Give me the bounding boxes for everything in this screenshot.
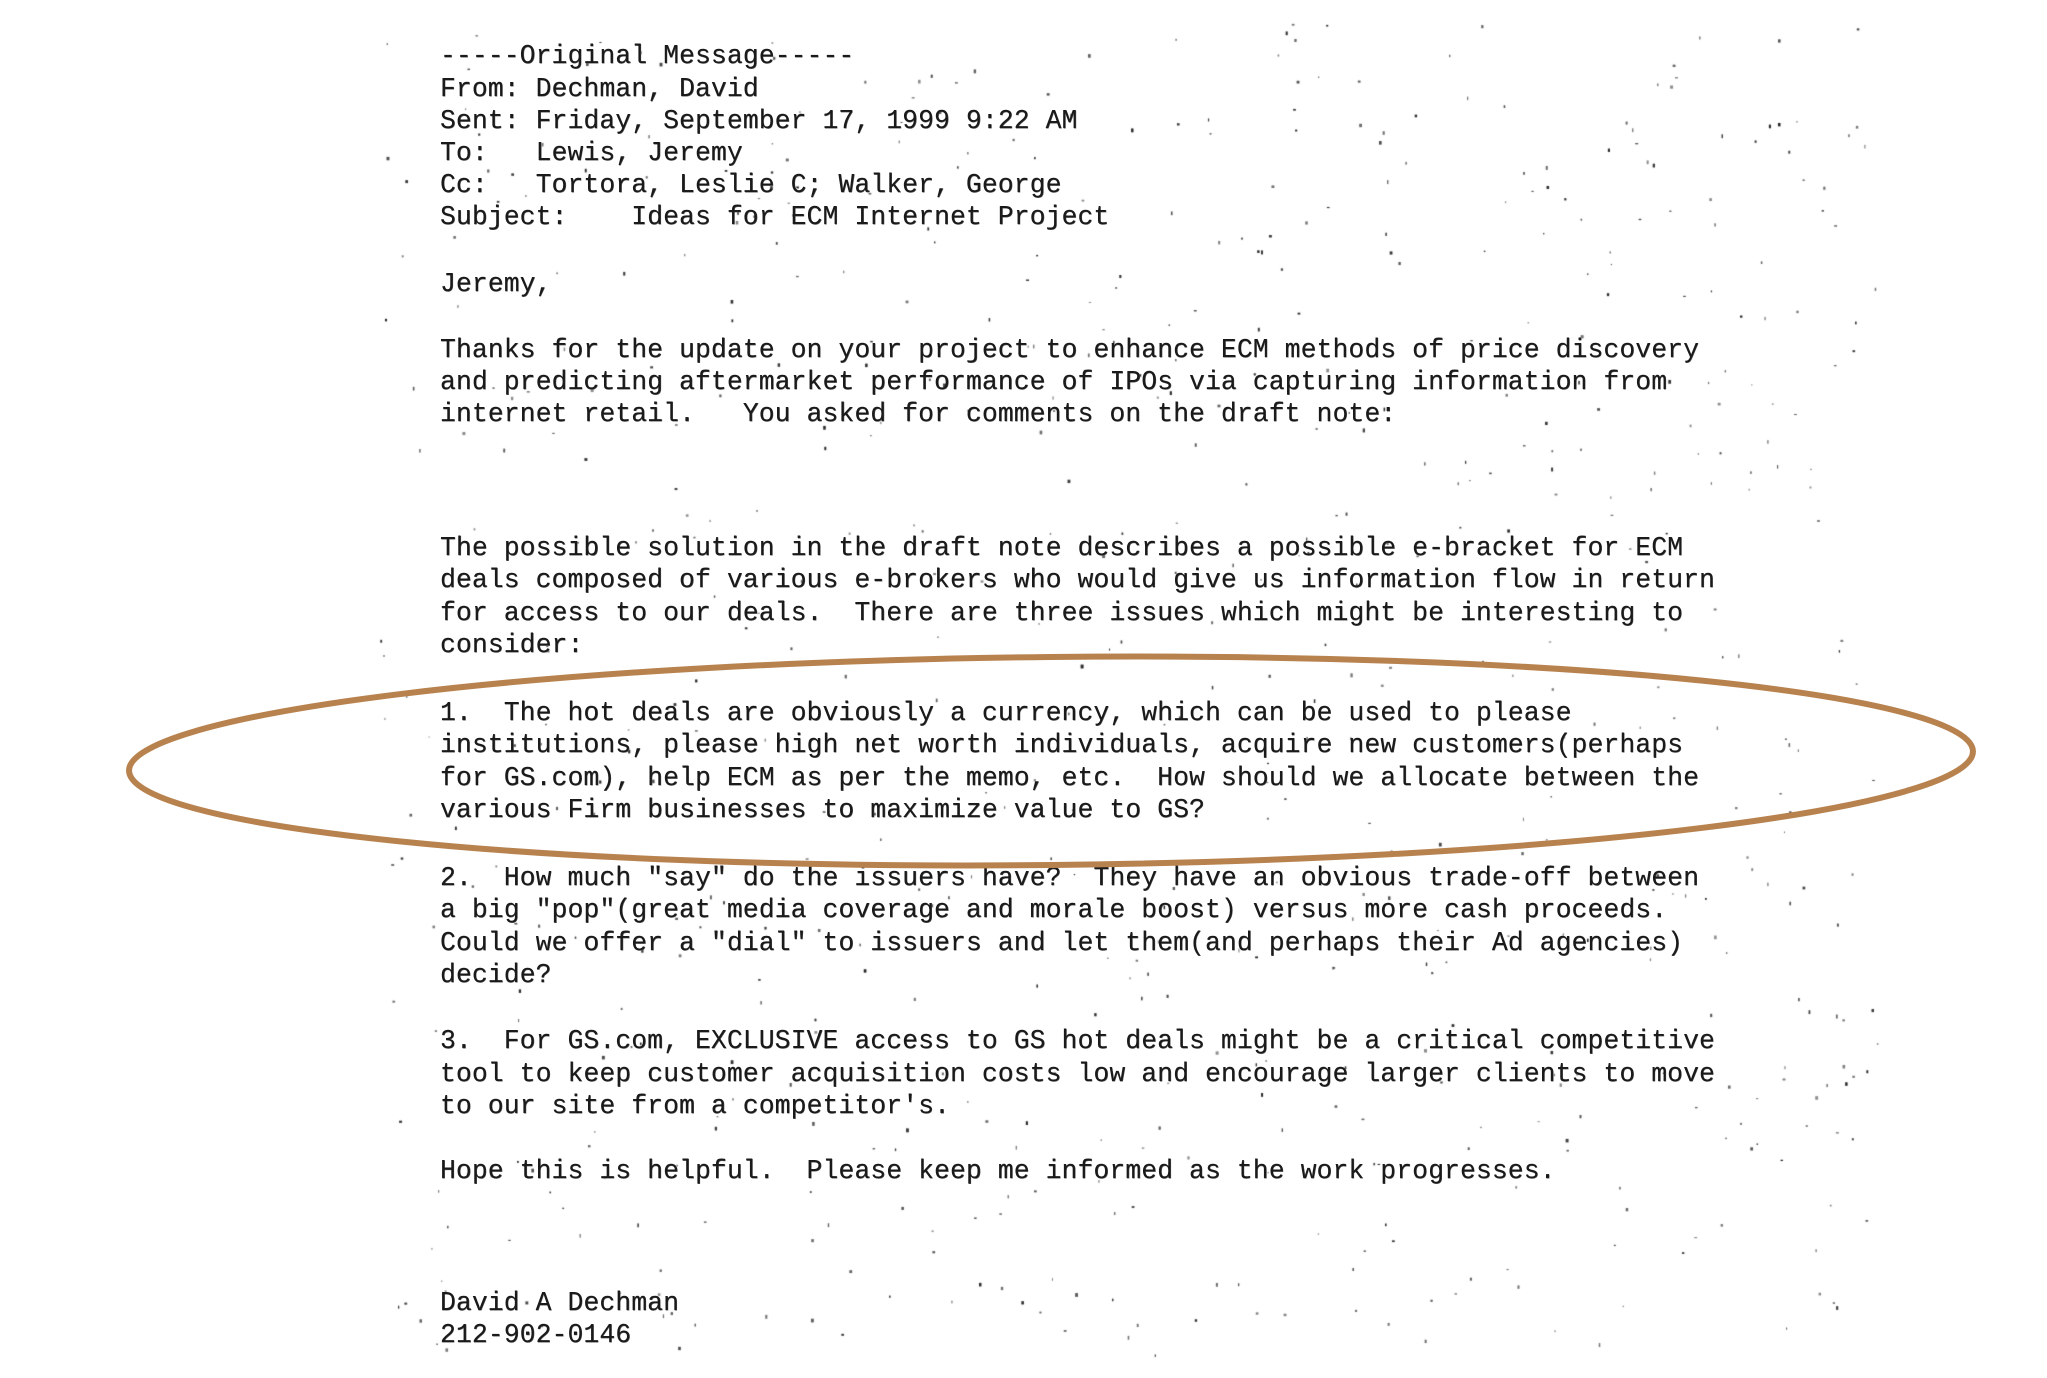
from-label: From:: [440, 74, 520, 104]
sent-label: Sent:: [440, 106, 520, 136]
salutation: Jeremy,: [440, 268, 552, 300]
intro-line: and predicting aftermarket performance o…: [440, 366, 1667, 398]
context-line: consider:: [440, 629, 583, 661]
issue-2-line: Could we offer a "dial" to issuers and l…: [440, 927, 1683, 959]
signature-name: David A Dechman: [440, 1287, 679, 1319]
sent-value: Friday, September 17, 1999 9:22 AM: [536, 106, 1078, 136]
signature-phone: 212-902-0146: [440, 1319, 631, 1351]
intro-line: internet retail. You asked for comments …: [440, 398, 1396, 430]
subject-value: Ideas for ECM Internet Project: [631, 202, 1109, 232]
issue-3-line: 3. For GS.com, EXCLUSIVE access to GS ho…: [440, 1025, 1715, 1057]
context-line: deals composed of various e-brokers who …: [440, 564, 1715, 596]
context-line: for access to our deals. There are three…: [440, 597, 1683, 629]
issue-2-line: decide?: [440, 959, 552, 991]
ellipse-circle-icon: [128, 647, 1974, 874]
issue-1-line: institutions, please high net worth indi…: [440, 729, 1683, 761]
intro-line: Thanks for the update on your project to…: [440, 334, 1699, 366]
subject-label: Subject:: [440, 202, 568, 232]
cc-label: Cc:: [440, 170, 488, 200]
to-label: To:: [440, 138, 488, 168]
closing-line: Hope this is helpful. Please keep me inf…: [440, 1155, 1556, 1187]
original-message-separator: -----Original Message-----: [440, 40, 854, 72]
to-value: Lewis, Jeremy: [536, 138, 743, 168]
issue-3-line: to our site from a competitor's.: [440, 1090, 950, 1122]
issue-2-line: a big "pop"(great media coverage and mor…: [440, 894, 1667, 926]
issue-1-line: for GS.com), help ECM as per the memo, e…: [440, 762, 1699, 794]
sent-row: Sent: Friday, September 17, 1999 9:22 AM: [440, 105, 1077, 137]
cc-value: Tortora, Leslie C; Walker, George: [536, 170, 1062, 200]
subject-row: Subject: Ideas for ECM Internet Project: [440, 201, 1109, 233]
from-row: From: Dechman, David: [440, 73, 759, 105]
issue-1-line: 1. The hot deals are obviously a currenc…: [440, 697, 1572, 729]
cc-row: Cc: Tortora, Leslie C; Walker, George: [440, 169, 1062, 201]
issue-2-line: 2. How much "say" do the issuers have? T…: [440, 862, 1699, 894]
issue-1-line: various Firm businesses to maximize valu…: [440, 794, 1205, 826]
from-value: Dechman, David: [536, 74, 759, 104]
to-row: To: Lewis, Jeremy: [440, 137, 743, 169]
scanned-email-page: -----Original Message----- From: Dechman…: [0, 0, 2047, 1378]
issue-3-line: tool to keep customer acquisition costs …: [440, 1058, 1715, 1090]
context-line: The possible solution in the draft note …: [440, 532, 1683, 564]
